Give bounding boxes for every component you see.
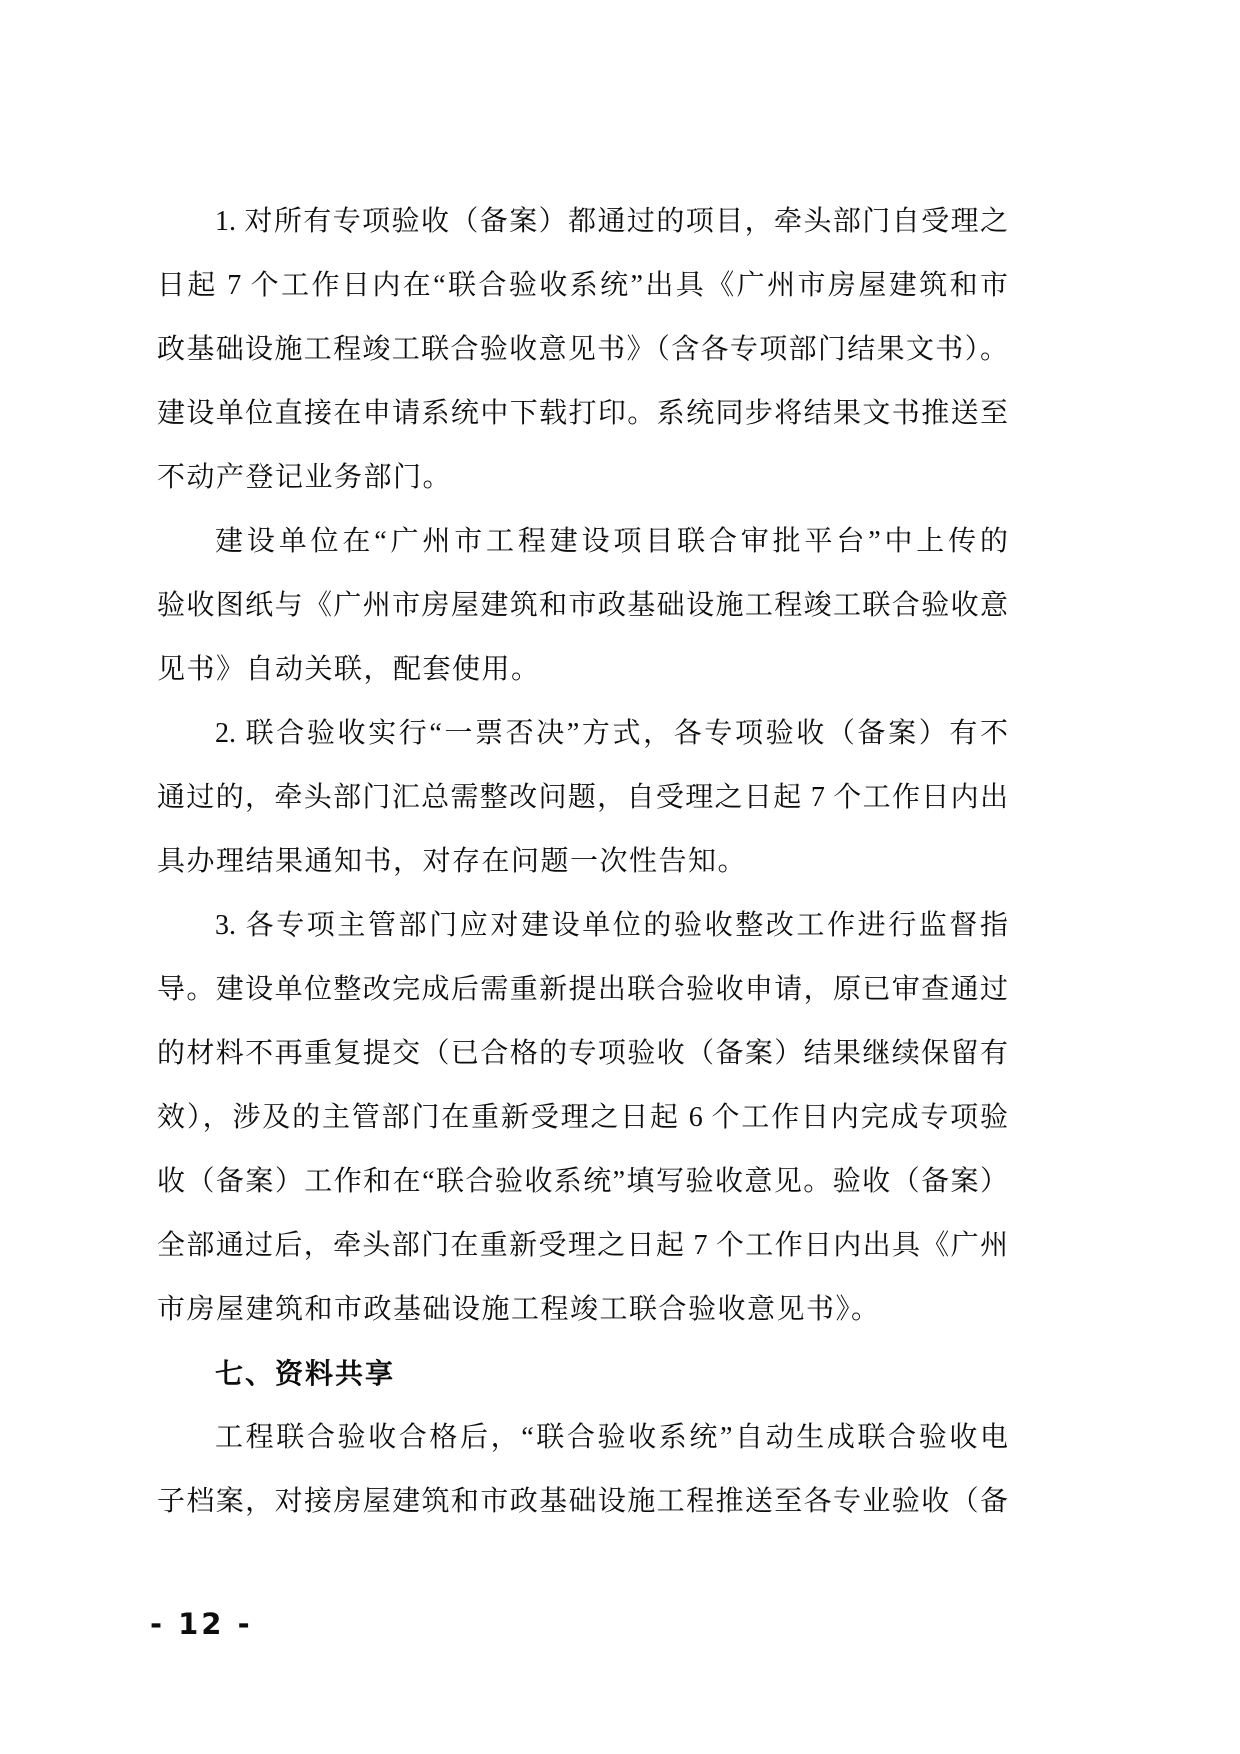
section-heading: 七、资料共享 bbox=[157, 1342, 1008, 1406]
text-line: 2. 联合验收实行“一票否决”方式，各专项验收（备案）有不 bbox=[157, 702, 1008, 766]
text-line: 1. 对所有专项验收（备案）都通过的项目，牵头部门自受理之 bbox=[157, 190, 1008, 254]
text-line: 3. 各专项主管部门应对建设单位的验收整改工作进行监督指 bbox=[157, 894, 1008, 958]
text-line: 政基础设施工程竣工联合验收意见书》（含各专项部门结果文书）。 bbox=[157, 318, 1008, 382]
text-line: 日起 7 个工作日内在“联合验收系统”出具《广州市房屋建筑和市 bbox=[157, 254, 1008, 318]
page-number: - 12 - bbox=[150, 1602, 253, 1646]
text-line: 市房屋建筑和市政基础设施工程竣工联合验收意见书》。 bbox=[157, 1278, 1008, 1342]
document-page: 1. 对所有专项验收（备案）都通过的项目，牵头部门自受理之日起 7 个工作日内在… bbox=[0, 0, 1240, 1754]
text-line: 不动产登记业务部门。 bbox=[157, 446, 1008, 510]
text-line: 工程联合验收合格后，“联合验收系统”自动生成联合验收电 bbox=[157, 1406, 1008, 1470]
text-line: 验收图纸与《广州市房屋建筑和市政基础设施工程竣工联合验收意 bbox=[157, 574, 1008, 638]
text-line: 效），涉及的主管部门在重新受理之日起 6 个工作日内完成专项验 bbox=[157, 1086, 1008, 1150]
document-body: 1. 对所有专项验收（备案）都通过的项目，牵头部门自受理之日起 7 个工作日内在… bbox=[157, 190, 1008, 1534]
text-line: 建设单位在“广州市工程建设项目联合审批平台”中上传的 bbox=[157, 510, 1008, 574]
text-line: 建设单位直接在申请系统中下载打印。系统同步将结果文书推送至 bbox=[157, 382, 1008, 446]
text-line: 的材料不再重复提交（已合格的专项验收（备案）结果继续保留有 bbox=[157, 1022, 1008, 1086]
text-line: 导。建设单位整改完成后需重新提出联合验收申请，原已审查通过 bbox=[157, 958, 1008, 1022]
text-line: 通过的，牵头部门汇总需整改问题，自受理之日起 7 个工作日内出 bbox=[157, 766, 1008, 830]
text-line: 子档案，对接房屋建筑和市政基础设施工程推送至各专业验收（备 bbox=[157, 1470, 1008, 1534]
text-line: 具办理结果通知书，对存在问题一次性告知。 bbox=[157, 830, 1008, 894]
text-line: 收（备案）工作和在“联合验收系统”填写验收意见。验收（备案） bbox=[157, 1150, 1008, 1214]
text-line: 见书》自动关联，配套使用。 bbox=[157, 638, 1008, 702]
text-line: 全部通过后，牵头部门在重新受理之日起 7 个工作日内出具《广州 bbox=[157, 1214, 1008, 1278]
